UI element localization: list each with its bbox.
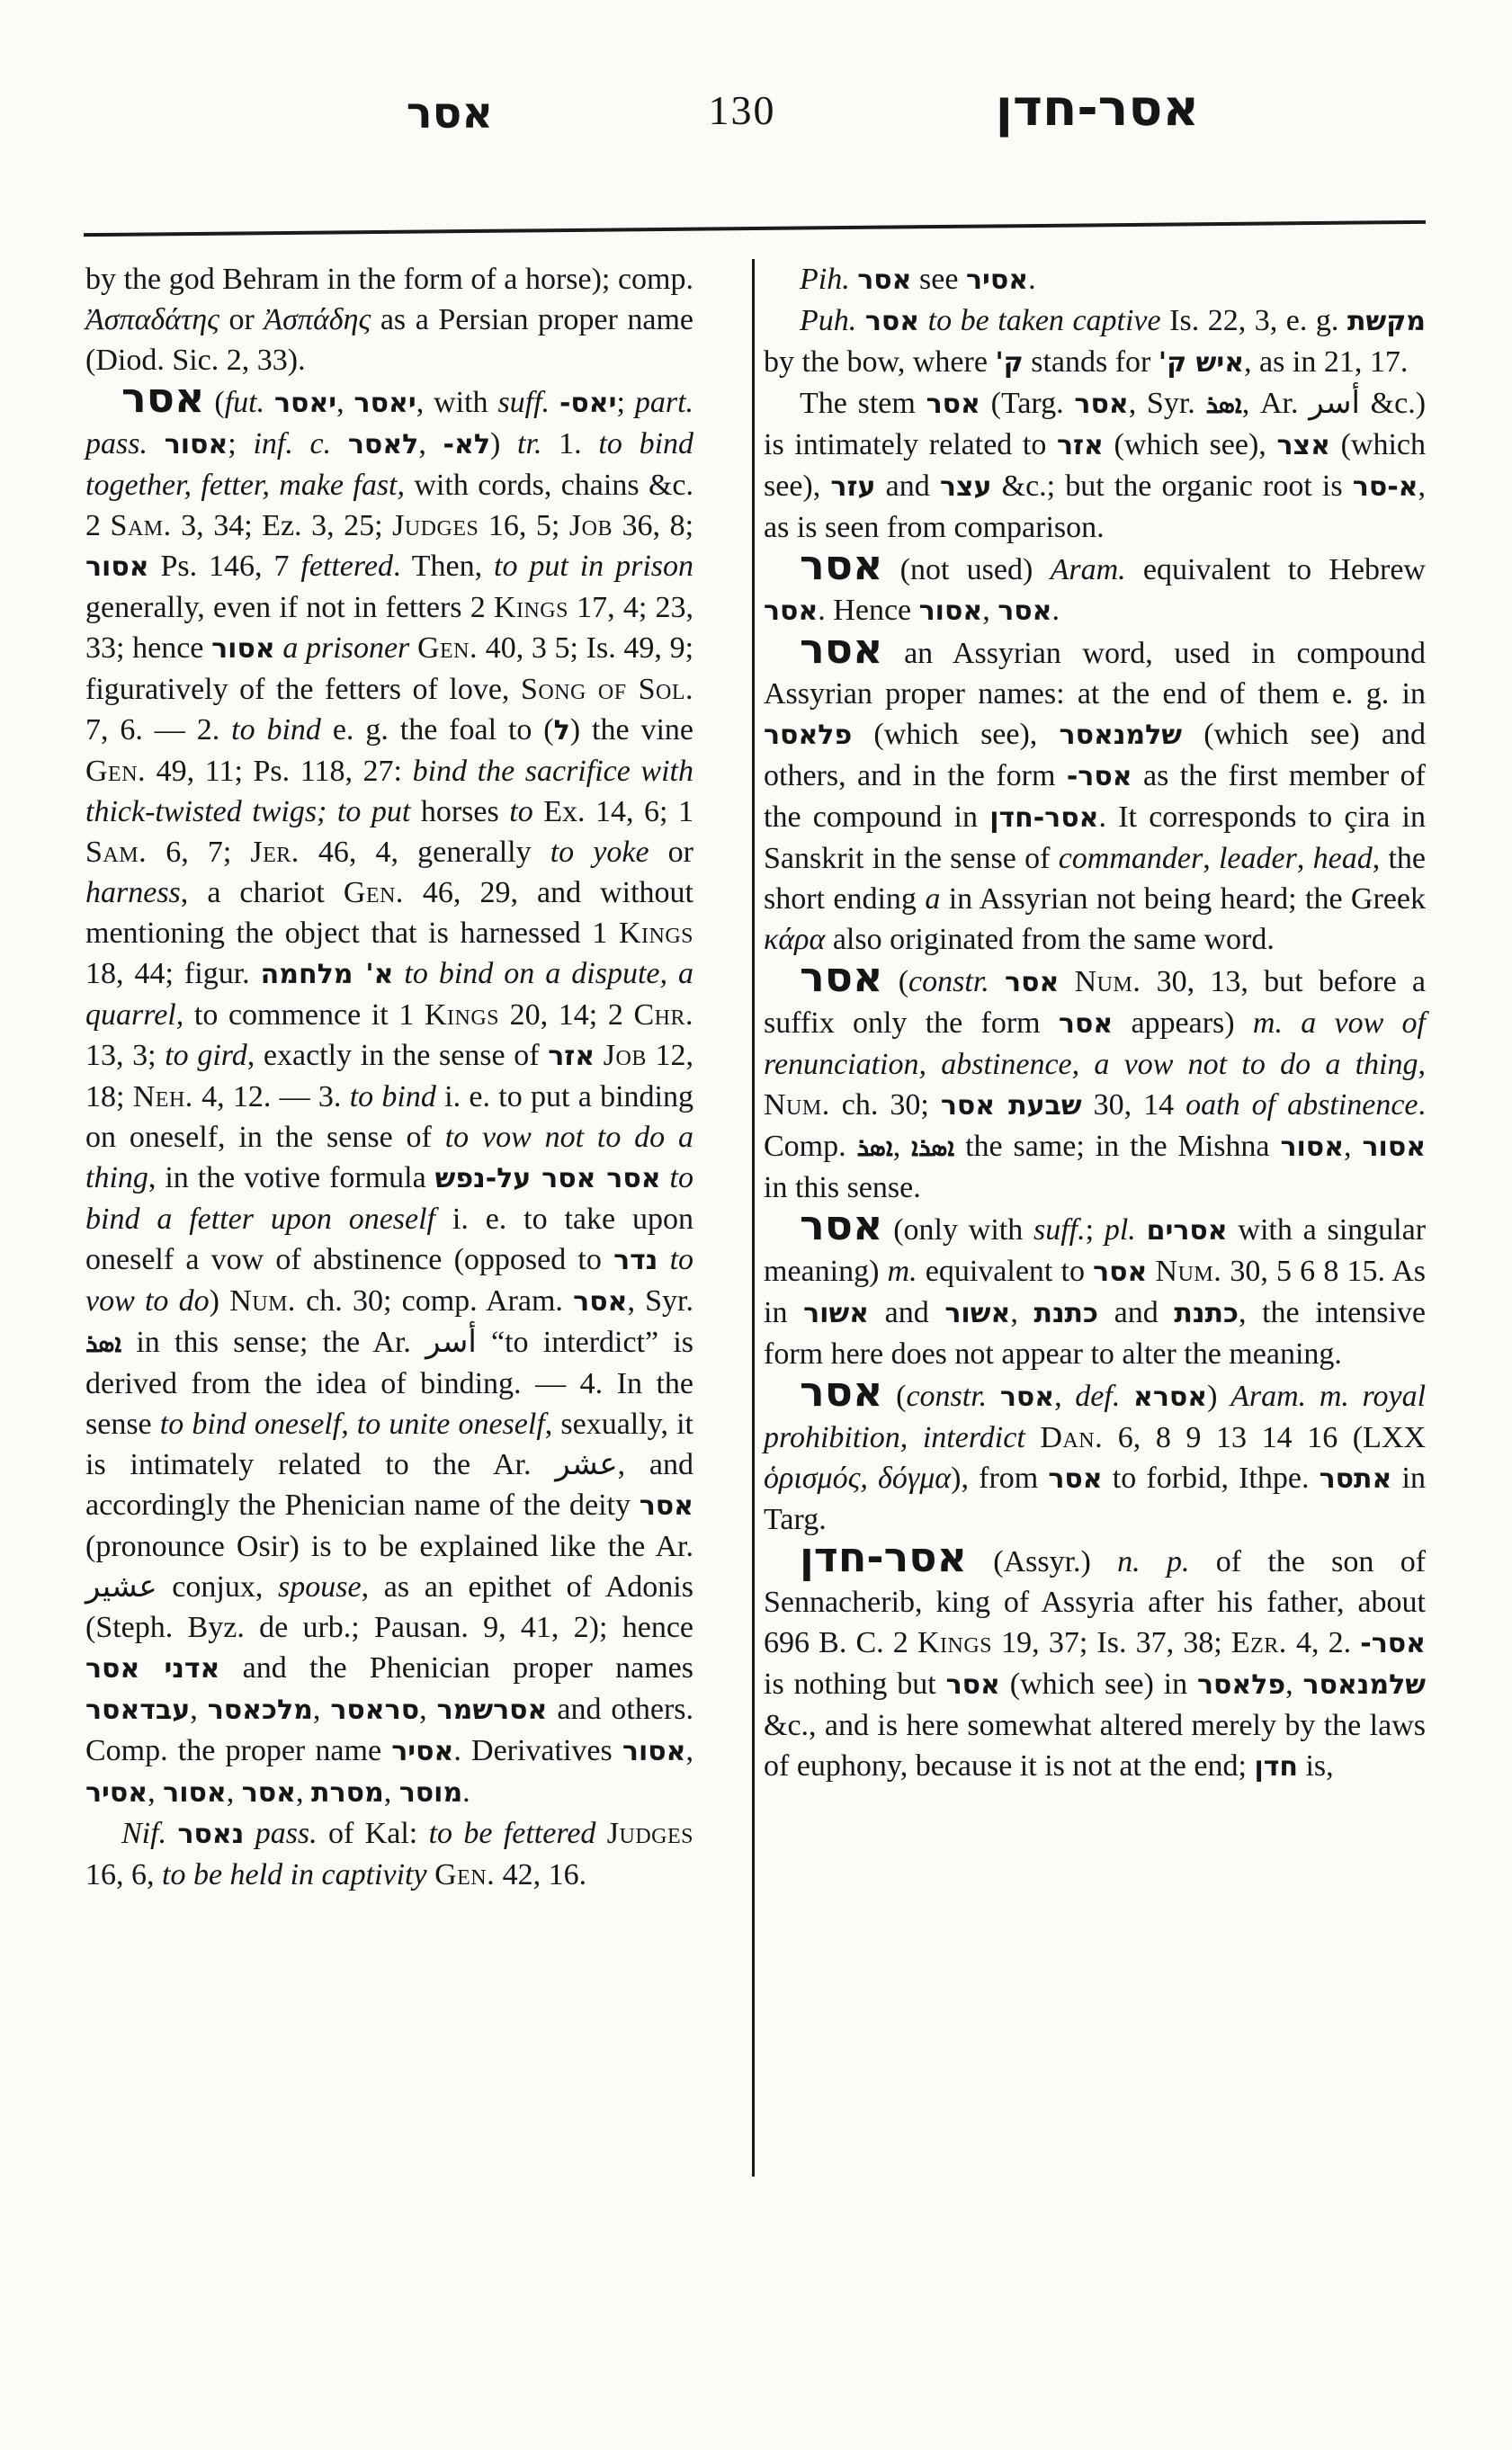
text-run: (which see), bbox=[852, 718, 1059, 751]
hebrew-text: אדני אסר bbox=[85, 1653, 219, 1685]
hebrew-text: אסר bbox=[242, 1777, 296, 1809]
text-run: , bbox=[1297, 842, 1313, 875]
hebrew-text: אסר bbox=[1005, 967, 1059, 998]
smallcaps-reference: Dan. bbox=[1040, 1421, 1103, 1454]
text-run: 49, 11; Ps. 118, 27: bbox=[146, 755, 413, 788]
text-run bbox=[1283, 1006, 1301, 1040]
page-number: 130 bbox=[670, 86, 814, 134]
hebrew-text: אסר-חדן bbox=[989, 802, 1098, 834]
text-run: ( bbox=[204, 386, 224, 419]
paragraph: אסר-חדן (Assyr.) n. p. of the son of Sen… bbox=[764, 1540, 1426, 1787]
text-run: Aram. bbox=[1051, 553, 1126, 586]
hebrew-text: אסר bbox=[800, 1367, 882, 1416]
paragraph: אסר (constr. אסר, def. אסרא) Aram. m. ro… bbox=[764, 1374, 1426, 1540]
hebrew-text: אסר- bbox=[1067, 761, 1132, 792]
text-run: ch. 30; comp. Aram. bbox=[296, 1284, 573, 1318]
text-run: ( bbox=[882, 1380, 906, 1413]
smallcaps-reference: Judges bbox=[392, 509, 479, 542]
hebrew-text: עבדאסר bbox=[85, 1694, 190, 1726]
greek-text: ὁρισμός, δόγμα bbox=[764, 1462, 951, 1495]
text-run bbox=[661, 1161, 670, 1194]
hebrew-text: ק' bbox=[995, 347, 1023, 379]
hebrew-text: א' מלחמה bbox=[261, 959, 394, 990]
text-run: , bbox=[982, 594, 998, 627]
hebrew-text: עצר bbox=[940, 471, 992, 503]
text-run: , bbox=[190, 1693, 207, 1726]
text-run bbox=[393, 957, 404, 990]
hebrew-text: אסרא bbox=[1133, 1381, 1207, 1413]
hebrew-text: אסור bbox=[1280, 1131, 1344, 1163]
syriac-text: ܐܣܪ bbox=[85, 1328, 121, 1358]
text-run: 4, 2. bbox=[1287, 1626, 1360, 1659]
paragraph: אסר an Assyrian word, used in compound A… bbox=[764, 631, 1426, 960]
hebrew-text: עזר bbox=[830, 471, 875, 503]
hebrew-text: אשור bbox=[944, 1298, 1010, 1329]
text-run bbox=[244, 1817, 255, 1850]
smallcaps-reference: Chr. bbox=[633, 998, 693, 1032]
arabic-text: أسر bbox=[1309, 385, 1360, 421]
text-run bbox=[658, 1243, 669, 1276]
text-run: pl. bbox=[1105, 1213, 1136, 1247]
smallcaps-reference: Kings bbox=[917, 1626, 992, 1659]
text-run: ( bbox=[882, 965, 908, 998]
text-run: is nothing but bbox=[764, 1668, 946, 1701]
text-run: , Syr. bbox=[627, 1284, 693, 1318]
text-run: fettered bbox=[300, 550, 393, 583]
text-run: 30, 14 bbox=[1082, 1088, 1186, 1122]
hebrew-text: אסר- bbox=[1360, 1628, 1426, 1659]
text-run: , bbox=[1010, 1296, 1033, 1329]
header-rule bbox=[84, 220, 1426, 237]
text-run: to bind bbox=[231, 713, 321, 747]
hebrew-text: מקשת bbox=[1347, 306, 1426, 337]
text-run bbox=[1059, 965, 1074, 998]
hebrew-text: נאסר bbox=[177, 1819, 244, 1850]
syriac-text: ܐܣܪܐ bbox=[911, 1132, 954, 1162]
text-run: head bbox=[1313, 842, 1373, 875]
hebrew-text: אסר bbox=[865, 306, 919, 337]
text-run bbox=[409, 631, 417, 665]
text-run: def. bbox=[1075, 1380, 1120, 1413]
smallcaps-reference: Num. bbox=[764, 1088, 830, 1122]
text-run: equivalent to bbox=[917, 1255, 1093, 1288]
text-run bbox=[148, 427, 165, 460]
paragraph: The stem אסר (Targ. אסר, Syr. ܐܣܪ, Ar. أ… bbox=[764, 383, 1426, 548]
text-run: commander bbox=[1059, 842, 1203, 875]
text-run: 20, 14; 2 bbox=[499, 998, 633, 1032]
text-run: fut. bbox=[225, 386, 264, 419]
paragraph: Nif. נאסר pass. of Kal: to be fettered J… bbox=[85, 1813, 693, 1895]
hebrew-text: אסר bbox=[926, 389, 980, 420]
hebrew-text: אסר bbox=[573, 1286, 627, 1318]
text-run: in Assyrian not being heard; the Greek bbox=[940, 882, 1426, 916]
hebrew-text: שבעת אסר bbox=[941, 1090, 1082, 1122]
smallcaps-reference: Gen. bbox=[434, 1858, 495, 1891]
smallcaps-reference: Kings bbox=[619, 917, 693, 950]
hebrew-text: פלאסר bbox=[764, 720, 852, 751]
hebrew-text: כתנת bbox=[1033, 1298, 1098, 1329]
text-run: . Hence bbox=[818, 594, 918, 627]
smallcaps-reference: Num. bbox=[1075, 965, 1141, 998]
hebrew-text: יאס- bbox=[559, 388, 617, 419]
text-run: , bbox=[893, 1130, 911, 1163]
text-run: also originated from the same word. bbox=[825, 923, 1274, 956]
hebrew-text: אסר bbox=[1059, 1008, 1113, 1040]
text-run: oath of abstinence bbox=[1185, 1088, 1418, 1122]
text-run: 46, 4, generally bbox=[300, 836, 550, 869]
text-run bbox=[919, 304, 928, 337]
hebrew-text: חדן bbox=[1254, 1751, 1298, 1783]
hebrew-text: מסרת bbox=[311, 1777, 384, 1809]
hebrew-text: א-סר bbox=[1353, 471, 1418, 503]
text-run: 16, 6, bbox=[85, 1858, 162, 1891]
text-run: is, bbox=[1298, 1749, 1334, 1783]
hebrew-text: מלכאסר bbox=[208, 1694, 313, 1726]
text-run: 42, 16. bbox=[495, 1858, 586, 1891]
text-run bbox=[1147, 1255, 1155, 1288]
text-run: , bbox=[1344, 1130, 1362, 1163]
hebrew-text: אסור bbox=[163, 1777, 227, 1809]
arabic-text: عشير bbox=[85, 1569, 157, 1605]
syriac-text: ܐܣܪ bbox=[857, 1132, 893, 1162]
text-run: to put bbox=[337, 795, 410, 828]
text-run: inf. c. bbox=[253, 427, 331, 460]
text-run: pass. bbox=[255, 1817, 318, 1850]
text-run: to forbid, Ithpe. bbox=[1103, 1462, 1320, 1495]
text-run: the same; in the Mishna bbox=[954, 1130, 1280, 1163]
text-run: , bbox=[384, 1775, 399, 1809]
hebrew-text: אסר bbox=[998, 595, 1051, 627]
text-run: suff. bbox=[1033, 1213, 1086, 1247]
text-run: 6, 7; bbox=[147, 836, 250, 869]
hebrew-text: יאסר bbox=[354, 388, 416, 419]
hebrew-text: סראסר bbox=[330, 1694, 419, 1726]
text-run: 4, 12. — 3. bbox=[193, 1080, 350, 1113]
greek-text: Ἀσπάδης bbox=[264, 303, 371, 336]
hebrew-text: כתנת bbox=[1174, 1298, 1239, 1329]
text-run: Puh. bbox=[800, 304, 856, 337]
smallcaps-reference: Judges bbox=[607, 1817, 693, 1850]
hebrew-text: אזר bbox=[1057, 430, 1104, 461]
hebrew-text: אסיר bbox=[391, 1736, 453, 1767]
hebrew-text: אסר bbox=[1074, 389, 1128, 420]
text-run: ; bbox=[228, 427, 253, 460]
text-run: and bbox=[1098, 1296, 1174, 1329]
text-run: 18, 44; figur. bbox=[85, 957, 261, 990]
paragraph: Pih. אסר see אסיר. bbox=[764, 259, 1426, 300]
text-run: Nif. bbox=[121, 1817, 166, 1850]
paragraph: אסר (fut. יאסר, יאסר, with suff. יאס-; p… bbox=[85, 380, 693, 1813]
hebrew-text: אתסר bbox=[1320, 1463, 1392, 1495]
text-run: 6, 8 9 13 14 16 (LXX bbox=[1103, 1421, 1426, 1454]
text-run: , bbox=[148, 1775, 163, 1809]
hebrew-text: אסור bbox=[85, 551, 149, 583]
hebrew-text: אצר bbox=[1276, 430, 1330, 461]
text-run: in this sense; the Ar. bbox=[121, 1326, 425, 1359]
text-run: (pronounce Osir) is to be explained like… bbox=[85, 1530, 693, 1563]
text-run: Pih. bbox=[800, 263, 850, 296]
text-run: (not used) bbox=[882, 553, 1050, 586]
text-run bbox=[987, 1380, 1000, 1413]
text-run: constr. bbox=[908, 965, 989, 998]
text-run bbox=[1120, 1380, 1133, 1413]
hebrew-text: שלמנאסר bbox=[1303, 1669, 1427, 1701]
text-run: . bbox=[462, 1775, 470, 1809]
paragraph: Puh. אסר to be taken captive Is. 22, 3, … bbox=[764, 300, 1426, 383]
smallcaps-reference: Num. bbox=[1156, 1255, 1222, 1288]
text-run: . Then, bbox=[393, 550, 494, 583]
text-run: , Syr. bbox=[1129, 387, 1206, 420]
text-run: , a chariot bbox=[181, 876, 344, 909]
text-run: Ex. 14, 6; 1 bbox=[533, 795, 693, 828]
hebrew-text: אסר-חדן bbox=[800, 1533, 967, 1581]
hebrew-text: נדר bbox=[613, 1245, 658, 1276]
hebrew-text: אסר bbox=[857, 264, 911, 296]
text-run bbox=[856, 304, 865, 337]
greek-text: κάρα bbox=[764, 923, 825, 956]
hebrew-text: אסר bbox=[800, 624, 882, 673]
text-run: spouse bbox=[278, 1570, 362, 1604]
smallcaps-reference: Neh. bbox=[133, 1080, 193, 1113]
text-run: ) the vine bbox=[570, 713, 693, 747]
hebrew-text: אזר bbox=[548, 1041, 595, 1072]
text-run: , in the votive formula bbox=[148, 1161, 435, 1194]
hebrew-text: אסר bbox=[764, 595, 818, 627]
text-run bbox=[1136, 1213, 1147, 1247]
text-run: stands for bbox=[1024, 345, 1159, 379]
text-run bbox=[264, 386, 274, 419]
header-catchword-left: אסר bbox=[360, 88, 540, 139]
text-run: ; bbox=[616, 386, 634, 419]
text-run: , bbox=[1418, 1048, 1427, 1081]
text-run: , bbox=[419, 1693, 436, 1726]
text-run: and the Phenician proper names bbox=[219, 1651, 693, 1685]
hebrew-text: אסר bbox=[640, 1490, 693, 1522]
text-run: 19, 37; Is. 37, 38; bbox=[992, 1626, 1231, 1659]
syriac-text: ܐܣܪ bbox=[1206, 389, 1242, 419]
text-run: , bbox=[1054, 1380, 1075, 1413]
text-run: to yoke bbox=[550, 836, 649, 869]
text-run: or bbox=[219, 303, 264, 336]
text-run: equivalent to Hebrew bbox=[1126, 553, 1426, 586]
text-run: to be taken captive bbox=[928, 304, 1161, 337]
text-run: , bbox=[1285, 1668, 1302, 1701]
text-run: , bbox=[227, 1775, 242, 1809]
hebrew-text: אסרשמר bbox=[437, 1694, 548, 1726]
text-run: to put in prison bbox=[494, 550, 693, 583]
text-run bbox=[989, 965, 1005, 998]
text-run: , bbox=[296, 1775, 311, 1809]
text-run: , with bbox=[416, 386, 498, 419]
text-run: , bbox=[686, 1734, 694, 1767]
text-run: (which see), bbox=[1104, 428, 1277, 461]
text-run: to commence it 1 bbox=[183, 998, 425, 1032]
text-run: , bbox=[418, 427, 443, 460]
smallcaps-reference: Gen. bbox=[85, 755, 146, 788]
smallcaps-reference: Song of Sol. bbox=[521, 673, 693, 706]
arabic-text: عشر bbox=[555, 1446, 617, 1482]
hebrew-text: ל bbox=[554, 715, 570, 747]
text-run bbox=[331, 427, 348, 460]
text-run: in this sense. bbox=[764, 1171, 921, 1204]
text-run: harness bbox=[85, 876, 181, 909]
text-run: to bind bbox=[350, 1080, 436, 1113]
text-run bbox=[850, 263, 858, 296]
text-run: 1. bbox=[541, 427, 598, 460]
text-run: Is. 22, 3, e. g. bbox=[1161, 304, 1347, 337]
text-run: by the bow, where bbox=[764, 345, 995, 379]
header-catchword-right: אסר-חדן bbox=[971, 79, 1223, 138]
hebrew-text: אסור bbox=[919, 595, 983, 627]
hebrew-text: אסור bbox=[1362, 1131, 1426, 1163]
text-run: 16, 5; bbox=[479, 509, 569, 542]
smallcaps-reference: Ezr. bbox=[1231, 1626, 1287, 1659]
text-run: 36, 8; bbox=[613, 509, 693, 542]
text-run: m. bbox=[888, 1255, 917, 1288]
text-run: . bbox=[1028, 263, 1036, 296]
text-run: ; bbox=[1086, 1213, 1105, 1247]
hebrew-text: שלמנאסר bbox=[1060, 720, 1183, 751]
column-divider bbox=[752, 259, 755, 2177]
hebrew-text: אסר bbox=[946, 1669, 1000, 1701]
smallcaps-reference: Job bbox=[569, 509, 613, 542]
hebrew-text: אסור bbox=[622, 1736, 686, 1767]
hebrew-text: אסור bbox=[165, 429, 228, 460]
text-run: constr. bbox=[906, 1380, 987, 1413]
text-run: , as in 21, 17. bbox=[1244, 345, 1408, 379]
text-run: , bbox=[336, 386, 353, 419]
text-run: appears) bbox=[1113, 1006, 1253, 1040]
text-run: The stem bbox=[800, 387, 926, 420]
text-run bbox=[550, 386, 559, 419]
text-run: leader bbox=[1219, 842, 1297, 875]
text-run: 7, 6. — 2. bbox=[85, 713, 231, 747]
text-run: 13, 3; bbox=[85, 1039, 165, 1072]
text-run: a bbox=[925, 882, 940, 916]
hebrew-text: איש ק' bbox=[1159, 347, 1244, 379]
text-run bbox=[1349, 1380, 1363, 1413]
hebrew-text: אסר bbox=[121, 373, 204, 422]
text-run: (only with bbox=[882, 1213, 1033, 1247]
text-run: conjux, bbox=[157, 1570, 278, 1604]
text-run: , bbox=[1203, 842, 1219, 875]
column-right: Pih. אסר see אסיר.Puh. אסר to be taken c… bbox=[764, 259, 1426, 1787]
text-run: ch. 30; bbox=[830, 1088, 941, 1122]
scanned-dictionary-page: אסר 130 אסר-חדן by the god Behram in the… bbox=[0, 0, 1512, 2450]
text-run: ) bbox=[210, 1284, 230, 1318]
text-run: Aram. m. bbox=[1230, 1380, 1349, 1413]
text-run bbox=[595, 1817, 606, 1850]
text-run: (which see) in bbox=[1000, 1668, 1197, 1701]
text-run: to gird bbox=[165, 1039, 247, 1072]
text-run: e. g. the foal to ( bbox=[321, 713, 554, 747]
text-run bbox=[166, 1817, 177, 1850]
smallcaps-reference: Sam. bbox=[85, 836, 147, 869]
text-run: generally, even if not in fetters 2 bbox=[85, 591, 494, 624]
text-run bbox=[327, 795, 337, 828]
text-run: . bbox=[1052, 594, 1060, 627]
smallcaps-reference: Gen. bbox=[417, 631, 478, 665]
text-run: (Assyr.) bbox=[967, 1545, 1117, 1578]
text-run bbox=[595, 1039, 604, 1072]
text-run: of Kal: bbox=[318, 1817, 429, 1850]
smallcaps-reference: Gen. bbox=[344, 876, 404, 909]
smallcaps-reference: Sam. bbox=[111, 509, 172, 542]
text-run: ) bbox=[490, 427, 517, 460]
text-run: (Targ. bbox=[980, 387, 1075, 420]
hebrew-text: לא- bbox=[443, 429, 490, 460]
text-run: ), from bbox=[951, 1462, 1048, 1495]
smallcaps-reference: Jer. bbox=[250, 836, 299, 869]
text-run: or bbox=[649, 836, 693, 869]
text-run: . Derivatives bbox=[453, 1734, 622, 1767]
text-run: to be held in captivity bbox=[162, 1858, 427, 1891]
smallcaps-reference: Job bbox=[604, 1039, 647, 1072]
hebrew-text: אסרים bbox=[1147, 1215, 1228, 1247]
text-run bbox=[1025, 1421, 1041, 1454]
hebrew-text: אסור bbox=[211, 633, 275, 665]
smallcaps-reference: Num. bbox=[229, 1284, 296, 1318]
text-run: &c.; but the organic root is bbox=[991, 469, 1352, 503]
hebrew-text: יאסר bbox=[274, 388, 336, 419]
text-run: horses bbox=[410, 795, 509, 828]
text-run: and bbox=[875, 469, 939, 503]
paragraph: אסר (constr. אסר Num. 30, 13, but before… bbox=[764, 960, 1426, 1208]
text-run: , Ar. bbox=[1242, 387, 1310, 420]
hebrew-text: אסיר bbox=[85, 1777, 148, 1809]
hebrew-text: אסר bbox=[1048, 1463, 1102, 1495]
text-run: to be fettered bbox=[429, 1817, 596, 1850]
text-run: suff. bbox=[497, 386, 550, 419]
text-run: to bind oneself, to unite oneself bbox=[160, 1408, 545, 1441]
hebrew-text: אסר bbox=[800, 1201, 882, 1249]
hebrew-text: אסר bbox=[1000, 1381, 1054, 1413]
text-run: , exactly in the sense of bbox=[247, 1039, 548, 1072]
arabic-text: أسر bbox=[425, 1324, 477, 1360]
text-run: ) bbox=[1207, 1380, 1230, 1413]
text-run: and bbox=[869, 1296, 944, 1329]
smallcaps-reference: Kings bbox=[494, 591, 568, 624]
text-run: m. bbox=[1253, 1006, 1283, 1040]
text-run: by the god Behram in the form of a horse… bbox=[85, 263, 693, 296]
text-run: n. p. bbox=[1117, 1545, 1189, 1578]
hebrew-text: אסר אסר על-נפש bbox=[435, 1163, 661, 1194]
text-run: 3, 34; Ez. 3, 25; bbox=[172, 509, 392, 542]
hebrew-text: אסר bbox=[800, 541, 882, 589]
text-run: Ps. 146, 7 bbox=[149, 550, 301, 583]
text-run: see bbox=[912, 263, 966, 296]
text-run: tr. bbox=[517, 427, 541, 460]
paragraph: אסר (only with suff.; pl. אסרים with a s… bbox=[764, 1208, 1426, 1374]
hebrew-text: אסיר bbox=[966, 264, 1028, 296]
text-run: to bbox=[509, 795, 532, 828]
greek-text: Ἀσπαδάτης bbox=[85, 303, 219, 336]
text-run: , bbox=[313, 1693, 330, 1726]
paragraph: אסר (not used) Aram. equivalent to Hebre… bbox=[764, 548, 1426, 631]
hebrew-text: אסר bbox=[1093, 1256, 1147, 1288]
paragraph: by the god Behram in the form of a horse… bbox=[85, 259, 693, 380]
hebrew-text: אשור bbox=[803, 1298, 869, 1329]
hebrew-text: אסר bbox=[800, 952, 882, 1001]
column-left: by the god Behram in the form of a horse… bbox=[85, 259, 693, 1895]
page-header: אסר 130 אסר-חדן bbox=[0, 77, 1512, 176]
hebrew-text: לאסר bbox=[348, 429, 418, 460]
smallcaps-reference: Kings bbox=[425, 998, 499, 1032]
text-run: a prisoner bbox=[282, 631, 409, 665]
hebrew-text: פלאסר bbox=[1197, 1669, 1285, 1701]
hebrew-text: מוסר bbox=[399, 1777, 462, 1809]
text-run bbox=[427, 1858, 435, 1891]
